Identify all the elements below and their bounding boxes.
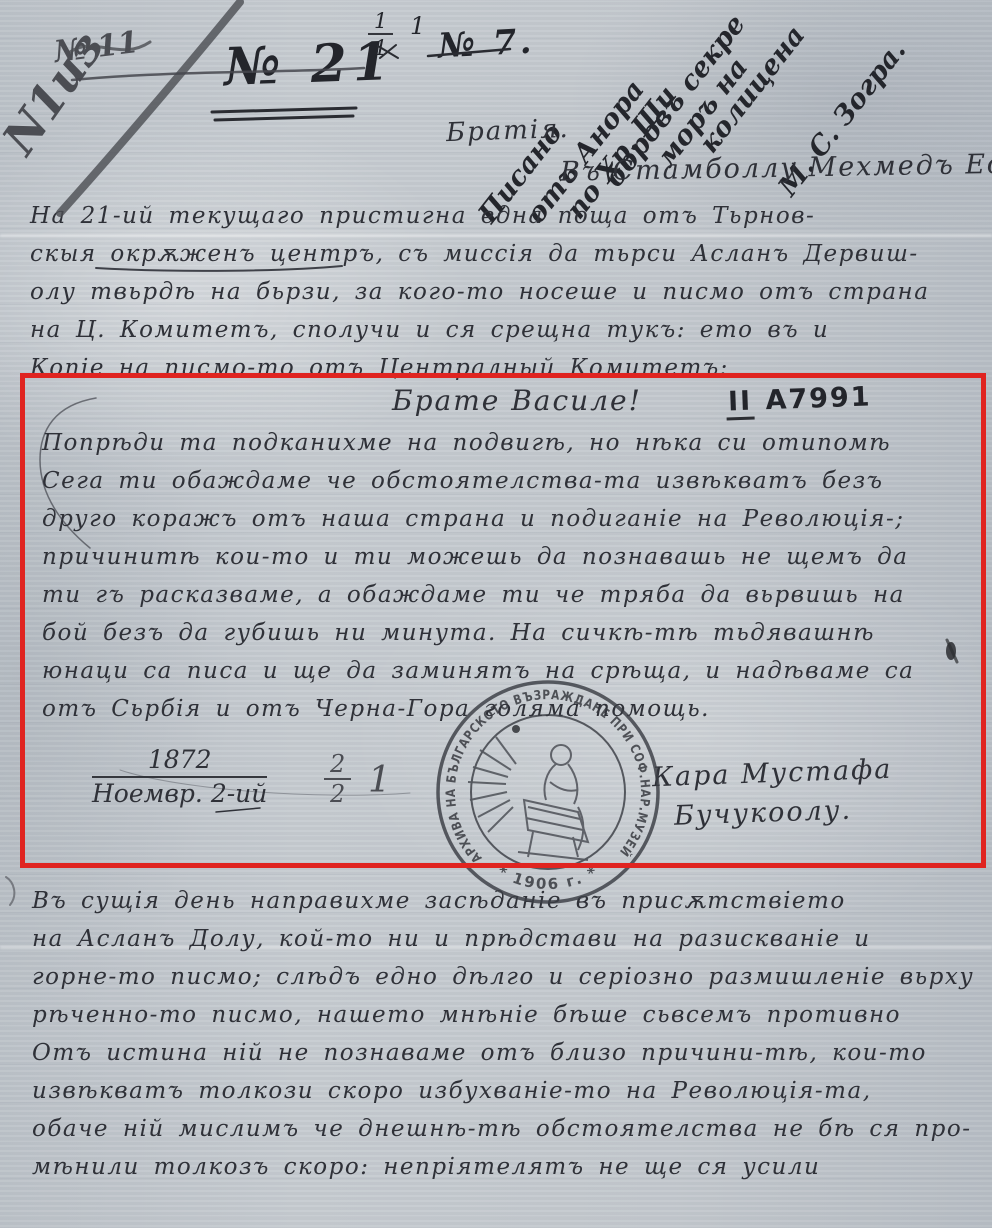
fraction-top: 1 [368,10,393,35]
pencil-rotated-mark: N1из [0,21,114,164]
handwritten-line: мѣнили толкозъ скоро: непріятелятъ не ще… [32,1148,974,1186]
handwritten-line: рѣченно-то писмо, нашето мнѣніе бѣше сьв… [32,996,974,1034]
handwritten-line: обаче ній мислимъ че днешнѣ-тѣ обстоятел… [32,1110,974,1148]
handwritten-line: Отъ истина ній не познаваме отъ близо пр… [32,1034,974,1072]
handwritten-line: на Ц. Комитетъ, сполучи и ся срещна тукъ… [30,311,929,349]
paragraph-3: Въ сущія день направихме засѣданіе въ пр… [32,882,974,1186]
handwritten-line: горне-то писмо; слѣдъ едно дѣлго и серіо… [32,958,974,996]
fraction-mark: 1 1 [368,10,393,59]
document-scan: № 11 N1из № 21 1 1 1 № 7. Писаноотъ Анор… [0,0,992,1228]
highlight-box-annotation [20,373,986,868]
handwritten-line: на Асланъ Долу, кой-то ни и прѣдстави на… [32,920,974,958]
paragraph-1: На 21-ий текущаго пристигна една поща от… [30,197,929,387]
fraction-bottom: 1 [368,35,393,59]
handwritten-line: олу твьрдѣ на бьрзи, за кого-то носеше и… [30,273,929,311]
handwritten-line: извѣкватъ толкози скоро избухваніе-то на… [32,1072,974,1110]
handwritten-line: На 21-ий текущаго пристигна една поща от… [30,197,929,235]
handwritten-line: скыя окрѫженъ центръ, съ миссія да тьрси… [30,235,929,273]
side-number: 1 [410,12,425,40]
salutation: Братія. [446,114,571,148]
double-underline [212,108,356,120]
number-seven: № 7. [437,22,535,67]
pencil-corner-mark [6,877,14,905]
